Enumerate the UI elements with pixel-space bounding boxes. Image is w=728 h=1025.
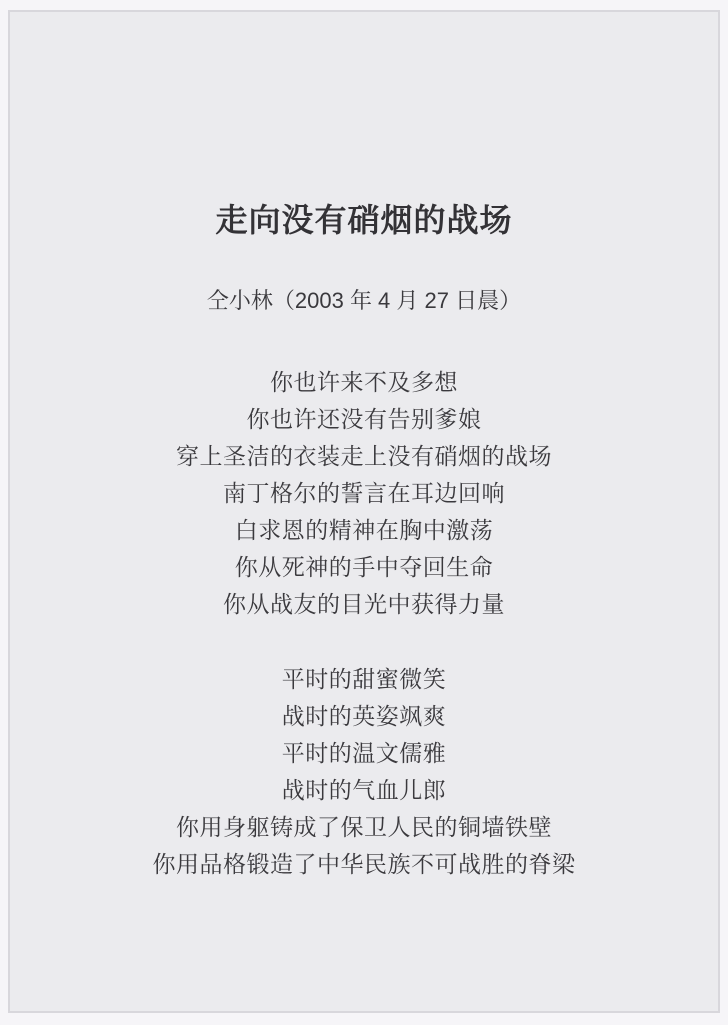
poem-line: 平时的温文儒雅 xyxy=(10,735,718,772)
poem-line: 平时的甜蜜微笑 xyxy=(10,661,718,698)
poem-stanza-1: 你也许来不及多想 你也许还没有告别爹娘 穿上圣洁的衣装走上没有硝烟的战场 南丁格… xyxy=(10,364,718,623)
poem-stanza-2: 平时的甜蜜微笑 战时的英姿飒爽 平时的温文儒雅 战时的气血儿郎 你用身躯铸成了保… xyxy=(10,661,718,883)
poem-line: 你也许还没有告别爹娘 xyxy=(10,401,718,438)
poem-byline: 仝小林（2003 年 4 月 27 日晨） xyxy=(10,286,718,316)
poem-line: 你从死神的手中夺回生命 xyxy=(10,549,718,586)
poem-line: 战时的英姿飒爽 xyxy=(10,698,718,735)
poem-line: 南丁格尔的誓言在耳边回响 xyxy=(10,475,718,512)
poem-line: 你从战友的目光中获得力量 xyxy=(10,586,718,623)
poem-line: 你用品格锻造了中华民族不可战胜的脊梁 xyxy=(10,846,718,883)
poem-line: 你用身躯铸成了保卫人民的铜墙铁壁 xyxy=(10,809,718,846)
poem-title: 走向没有硝烟的战场 xyxy=(10,12,718,242)
poem-page: 走向没有硝烟的战场 仝小林（2003 年 4 月 27 日晨） 你也许来不及多想… xyxy=(8,10,720,1013)
poem-line: 白求恩的精神在胸中激荡 xyxy=(10,512,718,549)
poem-line: 穿上圣洁的衣装走上没有硝烟的战场 xyxy=(10,438,718,475)
poem-line: 你也许来不及多想 xyxy=(10,364,718,401)
poem-line: 战时的气血儿郎 xyxy=(10,772,718,809)
